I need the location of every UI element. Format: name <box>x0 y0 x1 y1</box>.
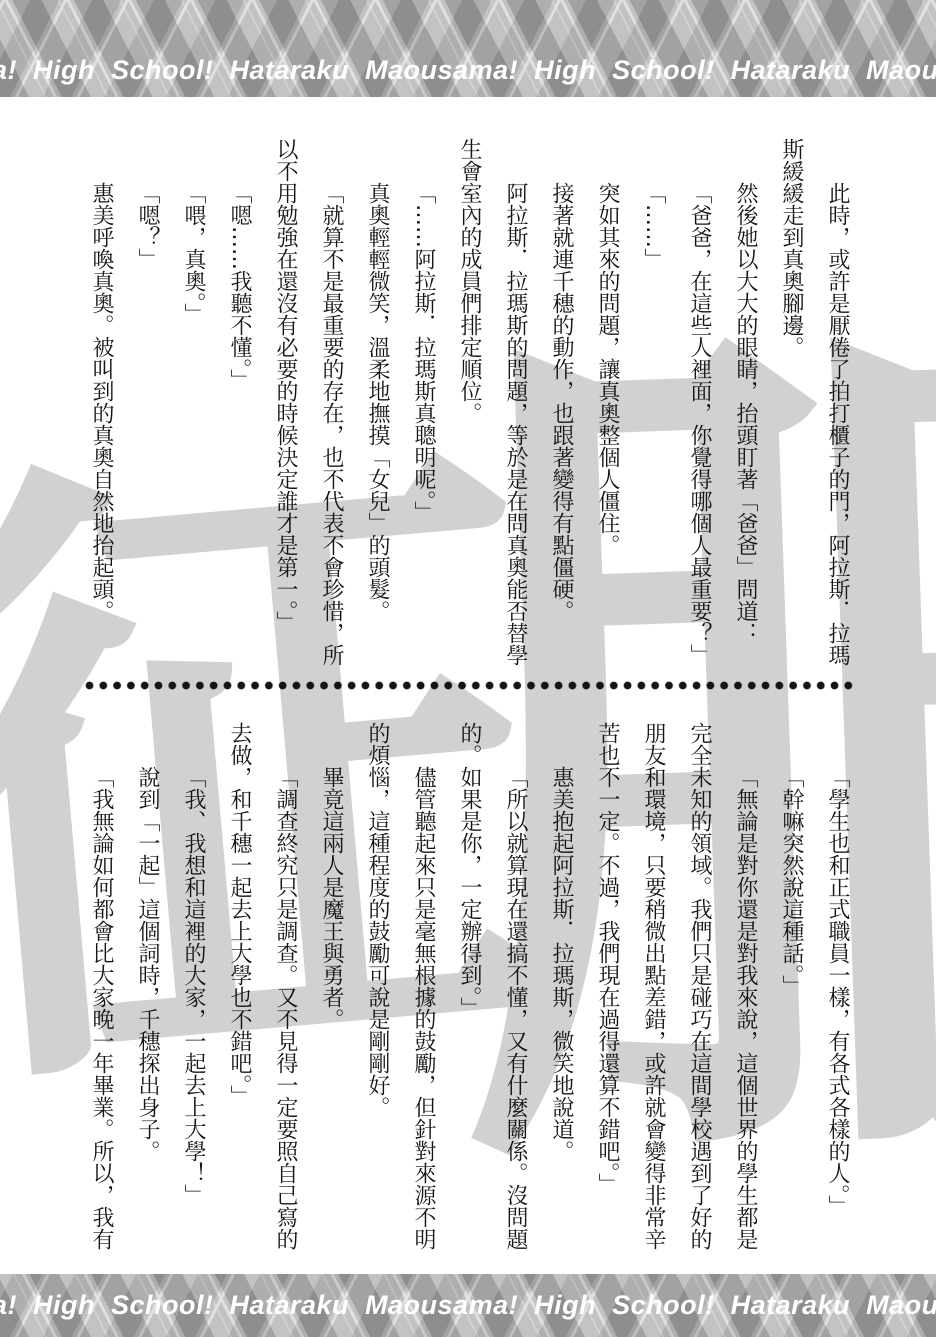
paragraph: 「喂，真奧。」 <box>170 138 216 666</box>
paragraph: 「所以就算現在還搞不懂，又有什麼關係。沒問題的。如果是你，一定辦得到。」 <box>446 722 538 1250</box>
top-banner-text: a! High School! Hataraku Maousama! High … <box>0 55 936 86</box>
novel-page: a! High School! Hataraku Maousama! High … <box>0 0 936 1337</box>
paragraph: 接著就連千穗的動作，也跟著變得有點僵硬。 <box>538 138 584 666</box>
bottom-plaid-banner: a! High School! Hataraku Maousama! High … <box>0 1274 936 1337</box>
top-plaid-banner: a! High School! Hataraku Maousama! High … <box>0 0 936 97</box>
paragraph: 「……」 <box>630 138 676 666</box>
paragraph: 儘管聽起來只是毫無根據的鼓勵，但針對來源不明的煩惱，這種程度的鼓勵可說是剛剛好。 <box>354 722 446 1250</box>
paragraph: 惠美呼喚真奧。被叫到的真奧自然地抬起頭。 <box>78 138 124 666</box>
paragraph: 「……阿拉斯．拉瑪斯真聰明呢。」 <box>400 138 446 666</box>
paragraph: 「我無論如何都會比大家晚一年畢業。所以，我有 <box>78 722 124 1250</box>
paragraph: 突如其來的問題，讓真奧整個人僵住。 <box>584 138 630 666</box>
paragraph: 「爸爸，在這些人裡面，你覺得哪個人最重要？」 <box>676 138 722 666</box>
paragraph: 「調查終究只是調查。又不見得一定要照自己寫的去做，和千穗一起去上大學也不錯吧。」 <box>216 722 308 1250</box>
paragraph: 然後她以大大的眼睛，抬頭盯著「爸爸」問道： <box>722 138 768 666</box>
bottom-banner-text: a! High School! Hataraku Maousama! High … <box>0 1290 936 1321</box>
paragraph: 「我、我想和這裡的大家，一起去上大學！」 <box>170 722 216 1250</box>
paragraph: 真奧輕輕微笑，溫柔地撫摸「女兒」的頭髮。 <box>354 138 400 666</box>
paragraph: 「幹嘛突然說這種話。」 <box>768 722 814 1250</box>
paragraph: 畢竟這兩人是魔王與勇者。 <box>308 722 354 1250</box>
dotted-separator <box>85 681 857 690</box>
paragraph: 「無論是對你還是對我來說，這個世界的學生都是完全未知的領域。我們只是碰巧在這間學… <box>584 722 768 1250</box>
lower-text-block: 「學生也和正式職員一樣，有各式各樣的人。」「幹嘛突然說這種話。」「無論是對你還是… <box>74 722 860 1250</box>
paragraph: 說到「一起」這個詞時，千穗探出身子。 <box>124 722 170 1250</box>
paragraph: 「嗯……我聽不懂。」 <box>216 138 262 666</box>
paragraph: 「就算不是最重要的存在，也不代表不會珍惜，所以不用勉強在還沒有必要的時候決定誰才… <box>262 138 354 666</box>
paragraph: 阿拉斯．拉瑪斯的問題，等於是在問真奧能否替學生會室內的成員們排定順位。 <box>446 138 538 666</box>
paragraph: 「嗯？」 <box>124 138 170 666</box>
paragraph: 惠美抱起阿拉斯．拉瑪斯，微笑地說道。 <box>538 722 584 1250</box>
upper-text-block: 此時，或許是厭倦了拍打櫃子的門，阿拉斯．拉瑪斯緩緩走到真奧腳邊。然後她以大大的眼… <box>74 138 860 666</box>
paragraph: 此時，或許是厭倦了拍打櫃子的門，阿拉斯．拉瑪斯緩緩走到真奧腳邊。 <box>768 138 860 666</box>
paragraph: 「學生也和正式職員一樣，有各式各樣的人。」 <box>814 722 860 1250</box>
